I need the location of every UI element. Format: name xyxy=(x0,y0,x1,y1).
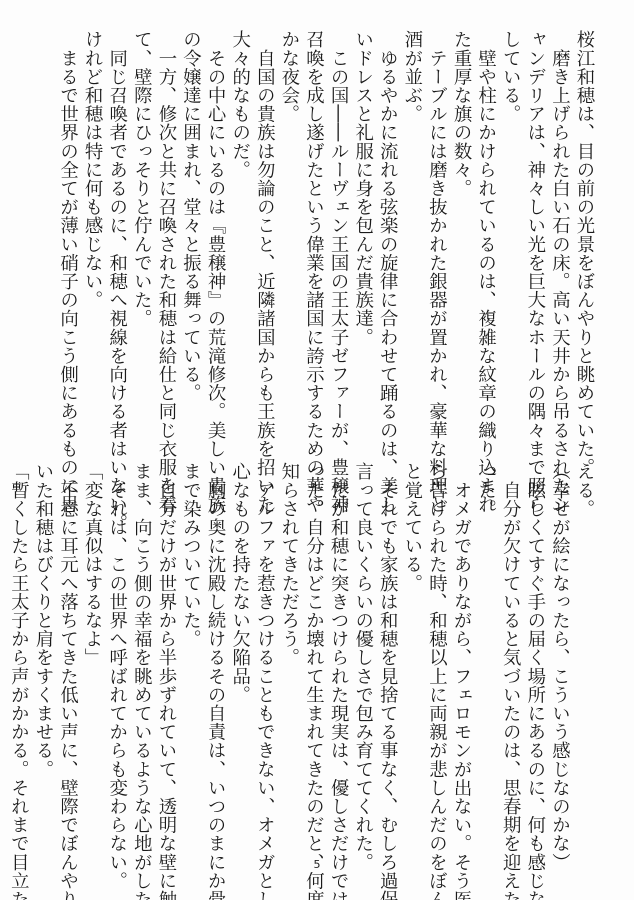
text-line: いた和穂はびくりと肩をすくませる。 xyxy=(30,462,55,882)
text-line: （幸せが絵になったら、こういう感じなのかな） xyxy=(547,462,572,882)
text-line: テーブルには磨き抜かれた銀器が置かれ、豪華な料理と xyxy=(424,30,449,450)
text-line: 同じ召喚者であるのに、和穂へ視線を向ける者はいない。 xyxy=(104,30,129,450)
text-line: 磨き上げられた白い石の床。高い天井から吊るされたシ xyxy=(547,30,572,450)
text-line: 知らされてきただろう。 xyxy=(276,462,301,882)
text-line: 召喚を成し遂げたという偉業を諸国に誇示するための華や xyxy=(301,30,326,450)
text-line: 言って良いくらいの優しさで包み育ててくれた。 xyxy=(350,462,375,882)
text-line: 自国の貴族は勿論のこと、近隣諸国からも王族を招いた xyxy=(252,30,277,450)
text-line: 「変な真似はするなよ」 xyxy=(80,462,105,882)
text-line: の令嬢達に囲まれ、堂々と振る舞っている。 xyxy=(178,30,203,450)
text-line: いドレスと礼服に身を包んだ貴族達。 xyxy=(350,30,375,450)
text-line: 心なものを持たない欠陥品。 xyxy=(227,462,252,882)
text-line: 壁や柱にかけられているのは、複雑な紋章の織り込まれ xyxy=(473,30,498,450)
text-line: った。 xyxy=(473,462,498,882)
text-line: と覚えている。 xyxy=(399,462,424,882)
novel-page: 桜江和穂は、目の前の光景をぼんやりと眺めていた。 磨き上げられた白い石の床。高い… xyxy=(0,0,634,900)
text-line: アルファを惹きつけることもできない、オメガとして肝 xyxy=(252,462,277,882)
text-line: 大々的なものだ。 xyxy=(227,30,252,450)
text-line: 自分だけが世界から半歩ずれていて、透明な壁に触れた xyxy=(153,462,178,882)
text-line: った。自分はどこか壊れて生まれてきたのだと、何度思い xyxy=(301,462,326,882)
text-line: える。 xyxy=(571,462,596,882)
text-line: 一方、修次と共に召喚された和穂は給仕と同じ衣服を着 xyxy=(153,30,178,450)
text-line: 「暫くしたら王太子から声がかかる。それまで目立たない xyxy=(6,462,31,882)
text-line: 酒が並ぶ。 xyxy=(399,30,424,450)
text-line: 自分が欠けていると気づいたのは、思春期を迎えた頃だ xyxy=(498,462,523,882)
page-number: 5 xyxy=(0,858,634,871)
text-line: かな夜会。 xyxy=(276,30,301,450)
text-line: オメガでありながら、フェロモンが出ない。そう医師か xyxy=(448,462,473,882)
text-line: まるで世界の全てが薄い硝子の向こう側にあるものに思 xyxy=(55,30,80,450)
text-line: て、壁際にひっそりと佇んでいた。 xyxy=(129,30,154,450)
text-line: 胸の奥に沈殿し続けるその自責は、いつのまにか骨の芯 xyxy=(203,462,228,882)
text-line: それは、この世界へ呼ばれてからも変わらない。 xyxy=(104,462,129,882)
text-line: その中心にいるのは『豊穣神』の荒滝修次。美しい貴族 xyxy=(203,30,228,450)
text-line: ゆるやかに流れる弦楽の旋律に合わせて踊るのは、美し xyxy=(375,30,400,450)
text-block-top: 桜江和穂は、目の前の光景をぼんやりと眺めていた。 磨き上げられた白い石の床。高い… xyxy=(55,30,596,450)
text-block-bottom: える。（幸せが絵になったら、こういう感じなのかな） 眩しくてすぐ手の届く場所にあ… xyxy=(6,462,596,882)
text-line: している。 xyxy=(498,30,523,450)
text-line: 不意に耳元へ落ちてきた低い声に、壁際でぼんやりして xyxy=(55,462,80,882)
text-line: この国――ルーヴェン王国の王太子ゼファーが、豊穣神 xyxy=(325,30,350,450)
text-line: 桜江和穂は、目の前の光景をぼんやりと眺めていた。 xyxy=(571,30,596,450)
text-line: ら告げられた時、和穂以上に両親が悲しんだのをぼんやり xyxy=(424,462,449,882)
text-line: ャンデリアは、神々しい光を巨大なホールの隅々まで照ら xyxy=(522,30,547,450)
text-line: まで染みついていた。 xyxy=(178,462,203,882)
text-line: まま、向こう側の幸福を眺めているような心地がした。 xyxy=(129,462,154,882)
text-line: それでも家族は和穂を見捨てる事なく、むしろ過保護と xyxy=(375,462,400,882)
text-line: た重厚な旗の数々。 xyxy=(448,30,473,450)
text-line: けれど和穂は特に何も感じない。 xyxy=(80,30,105,450)
text-line: 眩しくてすぐ手の届く場所にあるのに、何も感じない。 xyxy=(522,462,547,882)
text-line: だが和穂に突きつけられた現実は、優しさだけではなか xyxy=(325,462,350,882)
